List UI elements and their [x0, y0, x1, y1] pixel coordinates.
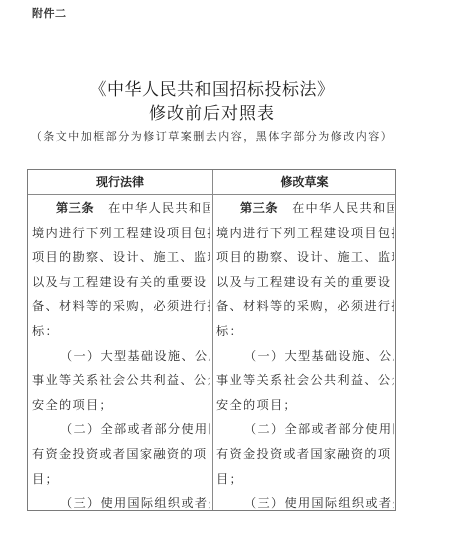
text-line: 标： [216, 319, 394, 344]
document-title: 《中华人民共和国招标投标法》 [0, 75, 424, 100]
text-line: 以及与工程建设有关的重要设 [32, 270, 210, 295]
text-line: 在中华人民共和国 [108, 201, 210, 215]
text-line: （二）全部或者部分使用国 [32, 417, 210, 442]
text-line: （三）使用国际组织或者外 [216, 491, 394, 516]
text-line: 项目的勘察、设计、施工、监理 [216, 245, 394, 270]
text-line: 备、材料等的采购，必须进行招 [32, 294, 210, 319]
text-line: 有资金投资或者国家融资的项 [32, 442, 210, 467]
comparison-table: 现行法律 修改草案 第三条在中华人民共和国 境内进行下列工程建设项目包括 项目的… [27, 169, 396, 511]
column-divider [212, 170, 213, 510]
text-line: 事业等关系社会公共利益、公众 [216, 368, 394, 393]
text-line: （一）大型基础设施、公用 [216, 344, 394, 369]
text-line: 事业等关系社会公共利益、公众 [32, 368, 210, 393]
attachment-label: 附件二 [32, 5, 67, 21]
text-line: 项目的勘察、设计、施工、监理 [32, 245, 210, 270]
draft-amendment-column: 第三条在中华人民共和国 境内进行下列工程建设项目包括 项目的勘察、设计、施工、监… [216, 196, 394, 516]
header-draft-amendment: 修改草案 [213, 170, 396, 194]
text-line: 目； [32, 467, 210, 492]
article-heading-line: 第三条在中华人民共和国 [216, 196, 394, 221]
document-title-line2: 修改前后对照表 [0, 99, 424, 124]
text-line: （一）大型基础设施、公用 [32, 344, 210, 369]
article-heading-line: 第三条在中华人民共和国 [32, 196, 210, 221]
text-line: 安全的项目； [32, 393, 210, 418]
header-current-law: 现行法律 [28, 170, 212, 194]
article-label: 第三条 [240, 201, 278, 215]
article-label: 第三条 [56, 201, 94, 215]
text-line: 在中华人民共和国 [292, 201, 394, 215]
text-line: 备、材料等的采购，必须进行招 [216, 294, 394, 319]
text-line: 境内进行下列工程建设项目包括 [32, 221, 210, 246]
current-law-column: 第三条在中华人民共和国 境内进行下列工程建设项目包括 项目的勘察、设计、施工、监… [32, 196, 210, 516]
text-line: （三）使用国际组织或者外 [32, 491, 210, 516]
text-line: 以及与工程建设有关的重要设 [216, 270, 394, 295]
text-line: 标： [32, 319, 210, 344]
document-subtitle-note: （条文中加框部分为修订草案删去内容，黑体字部分为修改内容） [0, 128, 424, 144]
text-line: 安全的项目； [216, 393, 394, 418]
text-line: 目； [216, 467, 394, 492]
text-line: （二）全部或者部分使用国 [216, 417, 394, 442]
text-line: 境内进行下列工程建设项目包括 [216, 221, 394, 246]
header-divider [28, 194, 395, 195]
text-line: 有资金投资或者国家融资的项 [216, 442, 394, 467]
